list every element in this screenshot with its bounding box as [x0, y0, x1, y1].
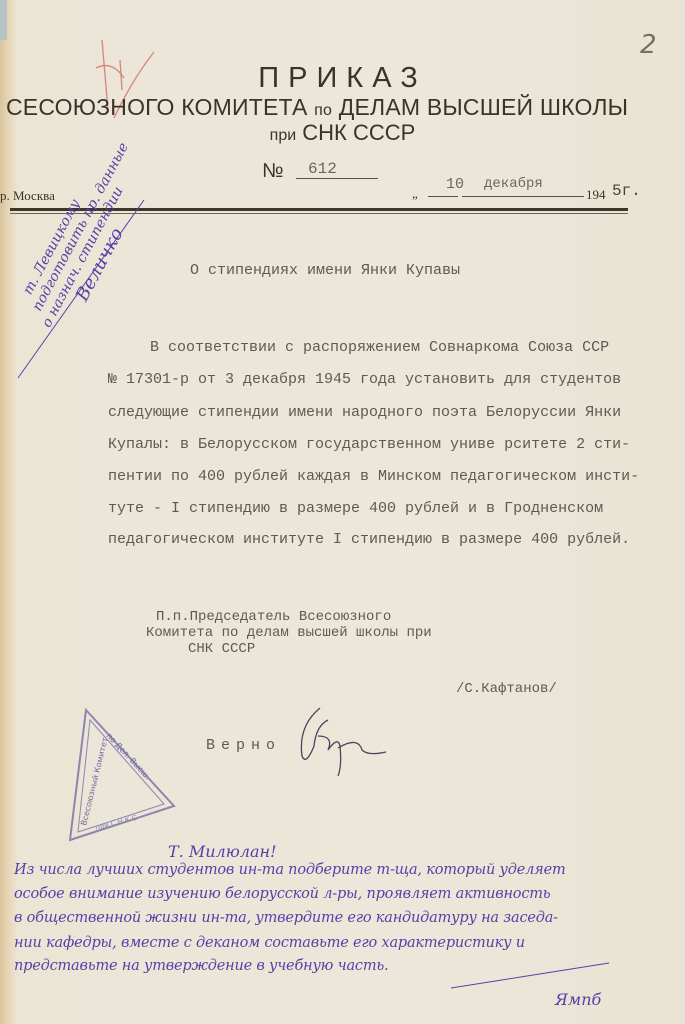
body-line: Купалы: в Белорусском государственном ун… [108, 436, 630, 453]
note-line: представьте на утверждение в учебную час… [14, 958, 388, 974]
issuer-part-2: ДЕЛАМ ВЫСШЕЙ ШКОЛЫ [339, 94, 628, 120]
signatory-name: /С.Кафтанов/ [456, 681, 557, 697]
signature-title-line: СНК СССР [146, 641, 432, 657]
note-line: Из числа лучших студентов ин-та подберит… [14, 862, 566, 878]
margin-slash-line [16, 200, 146, 385]
page-number: 2 [640, 30, 657, 60]
scan-edge [0, 0, 7, 40]
body-line: В соответствии с распоряжением Совнарком… [150, 339, 609, 356]
date-year-suffix: 5г. [612, 182, 641, 200]
signature-title-line: П.п.Председатель Всесоюзного [146, 609, 432, 625]
document-title: ПРИКАЗ [0, 62, 685, 95]
signature-block: П.п.Председатель Всесоюзного Комитета по… [146, 609, 432, 657]
note-line: в общественной жизни ин-та, утвердите ег… [14, 910, 558, 926]
issuer-line-1: СЕСОЮЗНОГО КОМИТЕТА по ДЕЛАМ ВЫСШЕЙ ШКОЛ… [6, 94, 628, 121]
note-line: особое внимание изучению белорусской л-р… [14, 886, 551, 902]
date-month: декабря [484, 176, 543, 192]
date-quote: „ [412, 186, 418, 202]
document-page: 2 ПРИКАЗ СЕСОЮЗНОГО КОМИТЕТА по ДЕЛАМ ВЫ… [0, 0, 685, 1024]
note-signature-underline [451, 962, 609, 988]
stamp-text-bottom: при С Н К С [95, 814, 138, 832]
issuer-part-1: СЕСОЮЗНОГО КОМИТЕТА [6, 94, 308, 120]
certifier-signature [298, 706, 398, 791]
note-signature: Ямпб [555, 990, 601, 1009]
stamp-text-right: по Дел. Высш. [105, 731, 153, 781]
body-line: туте - I стипендию в размере 400 рублей … [108, 500, 603, 517]
issuer-preposition: по [314, 102, 332, 119]
issuer-preposition-2: при [270, 127, 297, 144]
order-number-label: № [262, 160, 283, 183]
note-line: нии кафедры, вместе с деканом составьте … [14, 935, 525, 951]
body-line: педагогическом институте I стипендию в р… [108, 531, 630, 548]
body-line: № 17301-р от 3 декабря 1945 года установ… [108, 371, 621, 388]
order-number: 612 [296, 160, 378, 179]
issuer-body: СНК СССР [302, 120, 415, 145]
note-greeting: Т. Милюлан! [168, 842, 277, 861]
date-year-prefix: 194 [586, 187, 606, 203]
triangular-stamp: Всесоюзный Комитет по Дел. Высш. при С Н… [66, 706, 176, 851]
body-line: пентии по 400 рублей каждая в Минском пе… [108, 468, 639, 485]
certified-label: Верно [206, 737, 281, 754]
order-subject: О стипендиях имени Янки Купавы [190, 262, 460, 279]
body-line: следующие стипендии имени народного поэт… [108, 404, 621, 421]
signature-title-line: Комитета по делам высшей школы при [146, 625, 432, 641]
